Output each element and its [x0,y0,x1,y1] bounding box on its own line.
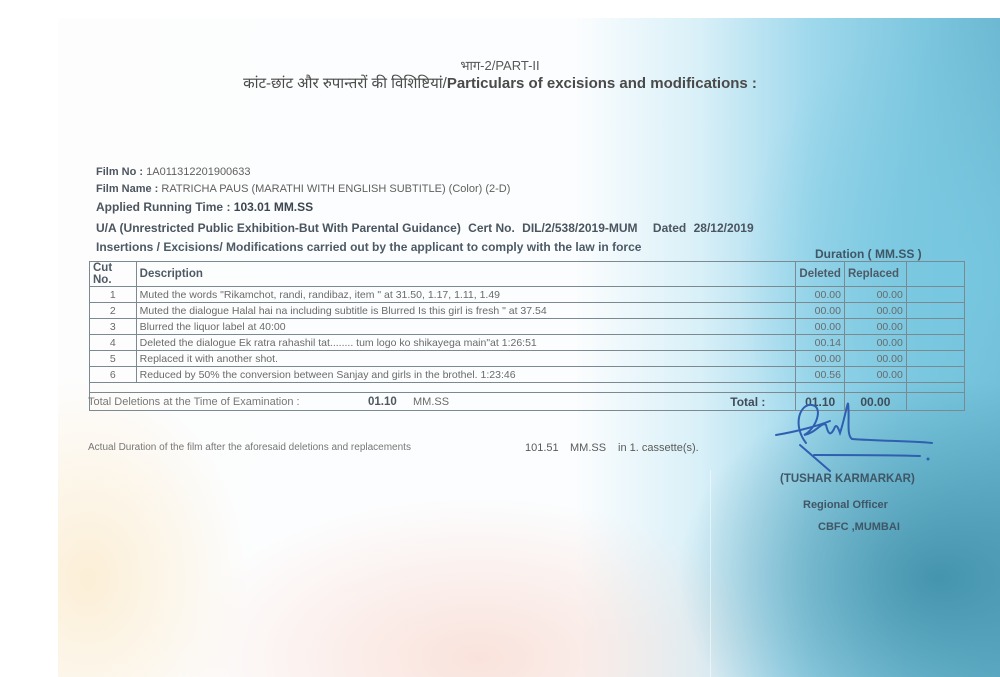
header-cut-no: Cut No. [90,262,137,287]
cut-no-cell: 1 [90,287,137,303]
film-name-value: RATRICHA PAUS (MARATHI WITH ENGLISH SUBT… [161,183,510,195]
paper-crease [710,470,711,677]
header-empty [906,262,964,287]
blank-row [90,383,965,393]
description-cell: Deleted the dialogue Ek ratra rahashil t… [136,335,796,351]
empty-cell [906,367,964,383]
empty-cell [906,319,964,335]
empty-cell [906,335,964,351]
header-deleted: Deleted [796,262,845,287]
replaced-cell: 00.00 [844,335,906,351]
description-cell: Muted the words "Rikamchot, randi, randi… [136,287,796,303]
header-description: Description [136,262,796,287]
description-cell: Muted the dialogue Halal hai na includin… [136,303,796,319]
table-row: 1Muted the words "Rikamchot, randi, rand… [90,287,965,303]
film-name-row: Film Name : RATRICHA PAUS (MARATHI WITH … [96,183,510,195]
table-row: 2Muted the dialogue Halal hai na includi… [90,303,965,319]
film-name-label: Film Name : [96,183,158,195]
film-no-value: 1A011312201900633 [146,166,250,178]
page-title: कांट-छांट और रुपान्तरों की विशिष्टियां/P… [0,73,1000,93]
dated-label: Dated [653,221,686,235]
empty-cell [906,351,964,367]
title-english: Particulars of excisions and modificatio… [447,75,757,92]
duration-heading: Duration ( MM.SS ) [815,247,922,261]
replaced-cell: 00.00 [844,367,906,383]
description-cell: Replaced it with another shot. [136,351,796,367]
description-cell: Blurred the liquor label at 40:00 [136,319,796,335]
deleted-cell: 00.00 [796,351,845,367]
cut-no-cell: 3 [90,319,137,335]
actual-duration-label: Actual Duration of the film after the af… [88,442,411,453]
actual-duration-value: 101.51 [525,442,559,454]
deleted-cell: 00.00 [796,303,845,319]
replaced-cell: 00.00 [844,287,906,303]
total-deletions-unit: MM.SS [413,396,449,408]
table-row: 4Deleted the dialogue Ek ratra rahashil … [90,335,965,351]
film-no-row: Film No : 1A011312201900633 [96,166,251,178]
empty-cell [906,303,964,319]
description-cell: Reduced by 50% the conversion between Sa… [136,367,796,383]
title-hindi: कांट-छांट और रुपान्तरों की विशिष्टियां/ [243,75,447,92]
deleted-cell: 00.56 [796,367,845,383]
cut-no-cell: 6 [90,367,137,383]
empty-cell [906,287,964,303]
total-deletions-label: Total Deletions at the Time of Examinati… [88,396,300,408]
insertions-heading: Insertions / Excisions/ Modifications ca… [96,240,641,254]
table-row: 6Reduced by 50% the conversion between S… [90,367,965,383]
header-replaced: Replaced [844,262,906,287]
deleted-cell: 00.00 [796,319,845,335]
deleted-cell: 00.14 [796,335,845,351]
total-deletions-row: Total Deletions at the Time of Examinati… [88,396,300,408]
signatory-designation: Regional Officer [803,499,888,511]
table-header-row: Cut No. Description Deleted Replaced [90,262,965,287]
running-time-value: 103.01 MM.SS [234,200,313,214]
actual-duration-unit: MM.SS [570,442,606,454]
cassettes-count: in 1. cassette(s). [618,442,699,454]
cut-no-cell: 4 [90,335,137,351]
cut-no-cell: 2 [90,303,137,319]
replaced-cell: 00.00 [844,319,906,335]
certificate-row: U/A (Unrestricted Public Exhibition-But … [96,221,754,235]
signature-icon [770,395,940,475]
table-row: 3Blurred the liquor label at 40:0000.000… [90,319,965,335]
running-time-row: Applied Running Time : 103.01 MM.SS [96,200,313,214]
cert-no-value: DIL/2/538/2019-MUM [522,221,637,235]
running-time-label: Applied Running Time : [96,200,230,214]
signatory-office: CBFC ,MUMBAI [818,521,900,533]
part-label: भाग-2/PART-II [0,56,1000,74]
deleted-cell: 00.00 [796,287,845,303]
cut-no-cell: 5 [90,351,137,367]
certificate-category: U/A (Unrestricted Public Exhibition-But … [96,221,461,235]
replaced-cell: 00.00 [844,351,906,367]
total-deletions-value: 01.10 [368,396,397,408]
table-row: 5Replaced it with another shot.00.0000.0… [90,351,965,367]
replaced-cell: 00.00 [844,303,906,319]
film-no-label: Film No : [96,166,143,178]
actual-duration-row: Actual Duration of the film after the af… [88,442,411,453]
cert-no-label: Cert No. [468,221,515,235]
dated-value: 28/12/2019 [694,221,754,235]
excisions-table: Cut No. Description Deleted Replaced 1Mu… [89,261,965,411]
signatory-name: (TUSHAR KARMARKAR) [780,473,915,485]
